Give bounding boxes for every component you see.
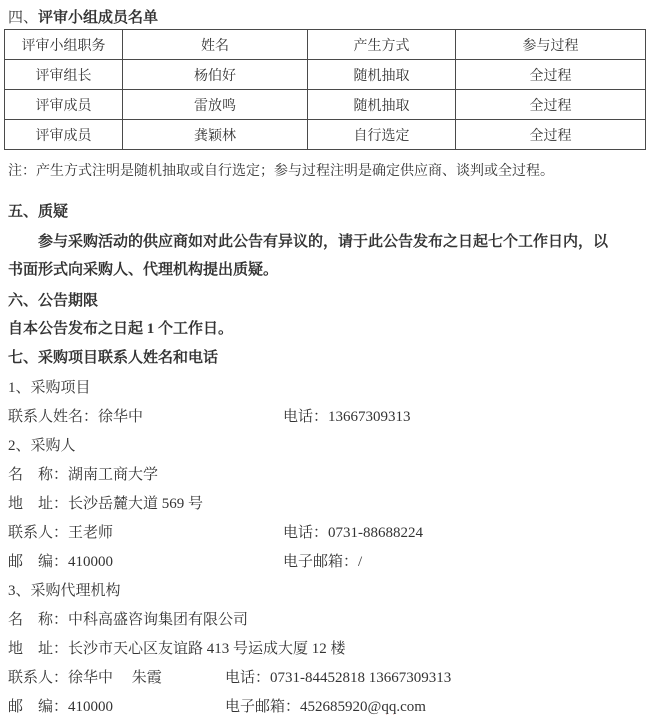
cell-participation: 全过程 (456, 90, 646, 120)
purchaser-name: 名 称：湖南工商大学 (8, 466, 158, 484)
cell-selection-method: 随机抽取 (308, 90, 456, 120)
purchaser-contact-line: 联系人：王老师 电话：0731-88688224 (8, 524, 645, 542)
purchaser-address: 地 址：长沙岳麓大道 569 号 (8, 495, 203, 513)
project-contact-phone: 电话：13667309313 (283, 408, 645, 426)
purchaser-name-line: 名 称：湖南工商大学 (8, 466, 645, 484)
subsection-title-text: 3、采购代理机构 (8, 582, 121, 600)
agency-name-line: 名 称：中科高盛咨询集团有限公司 (8, 611, 645, 629)
agency-contact-phones: 电话：0731-84452818 13667309313 (225, 669, 645, 687)
agency-email: 电子邮箱：452685920@qq.com (225, 698, 645, 715)
table-row: 评审成员 雷放鸣 随机抽取 全过程 (5, 90, 646, 120)
table-note: 注：产生方式注明是随机抽取或自行选定；参与过程注明是确定供应商、谈判或全过程。 (8, 162, 645, 181)
agency-postal-line: 邮 编：410000 电子邮箱：452685920@qq.com (8, 698, 645, 715)
section-4-number: 四、 (8, 10, 38, 26)
header-cell-selection-method: 产生方式 (308, 30, 456, 60)
review-panel-table: 评审小组职务 姓名 产生方式 参与过程 评审组长 杨伯好 随机抽取 全过程 评审… (4, 29, 646, 150)
table-header-row: 评审小组职务 姓名 产生方式 参与过程 (5, 30, 646, 60)
section-5-body: 参与采购活动的供应商如对此公告有异议的，请于此公告发布之日起七个工作日内，以书面… (8, 228, 645, 284)
subsection-title-text: 1、采购项目 (8, 379, 91, 397)
cell-role: 评审成员 (5, 120, 123, 150)
cell-role: 评审成员 (5, 90, 123, 120)
cell-name: 雷放鸣 (123, 90, 308, 120)
header-cell-role: 评审小组职务 (5, 30, 123, 60)
subsection-agency-title: 3、采购代理机构 (8, 582, 645, 600)
agency-address-line: 地 址：长沙市天心区友谊路 413 号运成大厦 12 楼 (8, 640, 645, 658)
agency-address: 地 址：长沙市天心区友谊路 413 号运成大厦 12 楼 (8, 640, 346, 658)
agency-postal-code: 邮 编：410000 (8, 698, 225, 715)
header-cell-name: 姓名 (123, 30, 308, 60)
section-6-body: 自本公告发布之日起 1 个工作日。 (8, 319, 645, 340)
cell-participation: 全过程 (456, 120, 646, 150)
subsection-purchaser-title: 2、采购人 (8, 437, 645, 455)
header-cell-participation: 参与过程 (456, 30, 646, 60)
subsection-project-title: 1、采购项目 (8, 379, 645, 397)
section-5-body-line2: 书面形式向采购人、代理机构提出质疑。 (8, 256, 645, 284)
cell-role: 评审组长 (5, 60, 123, 90)
project-contact-name: 联系人姓名：徐华中 (8, 408, 283, 426)
section-4-heading: 四、评审小组成员名单 (8, 7, 645, 29)
agency-contact-line: 联系人：徐华中 朱霞 电话：0731-84452818 13667309313 (8, 669, 645, 687)
agency-email-prefix: 电子邮箱：452685920@ (225, 699, 381, 715)
cell-selection-method: 随机抽取 (308, 60, 456, 90)
agency-name: 名 称：中科高盛咨询集团有限公司 (8, 611, 248, 629)
purchaser-email: 电子邮箱：/ (283, 553, 645, 571)
purchaser-contact-phone: 电话：0731-88688224 (283, 524, 645, 542)
purchaser-postal-line: 邮 编：410000 电子邮箱：/ (8, 553, 645, 571)
subsection-title-text: 2、采购人 (8, 437, 76, 455)
section-4-title: 评审小组成员名单 (38, 10, 158, 26)
agency-email-tail: com (400, 699, 426, 715)
section-5-body-line1: 参与采购活动的供应商如对此公告有异议的，请于此公告发布之日起七个工作日内，以 (8, 228, 645, 256)
table-row: 评审组长 杨伯好 随机抽取 全过程 (5, 60, 646, 90)
cell-name: 龚颖林 (123, 120, 308, 150)
agency-email-misspelled-segment: qq. (381, 699, 400, 715)
cell-selection-method: 自行选定 (308, 120, 456, 150)
section-7-heading: 七、采购项目联系人姓名和电话 (8, 347, 645, 369)
purchaser-contact-name: 联系人：王老师 (8, 524, 283, 542)
contact-info-block: 1、采购项目 联系人姓名：徐华中 电话：13667309313 2、采购人 名 … (8, 379, 645, 715)
cell-name: 杨伯好 (123, 60, 308, 90)
section-5-heading: 五、质疑 (8, 201, 645, 223)
project-contact-line: 联系人姓名：徐华中 电话：13667309313 (8, 408, 645, 426)
procurement-announcement-document: 四、评审小组成员名单 评审小组职务 姓名 产生方式 参与过程 评审组长 杨伯好 … (0, 0, 649, 715)
table-row: 评审成员 龚颖林 自行选定 全过程 (5, 120, 646, 150)
purchaser-address-line: 地 址：长沙岳麓大道 569 号 (8, 495, 645, 513)
agency-contact-names: 联系人：徐华中 朱霞 (8, 669, 225, 687)
purchaser-postal-code: 邮 编：410000 (8, 553, 283, 571)
cell-participation: 全过程 (456, 60, 646, 90)
section-6-heading: 六、公告期限 (8, 290, 645, 312)
